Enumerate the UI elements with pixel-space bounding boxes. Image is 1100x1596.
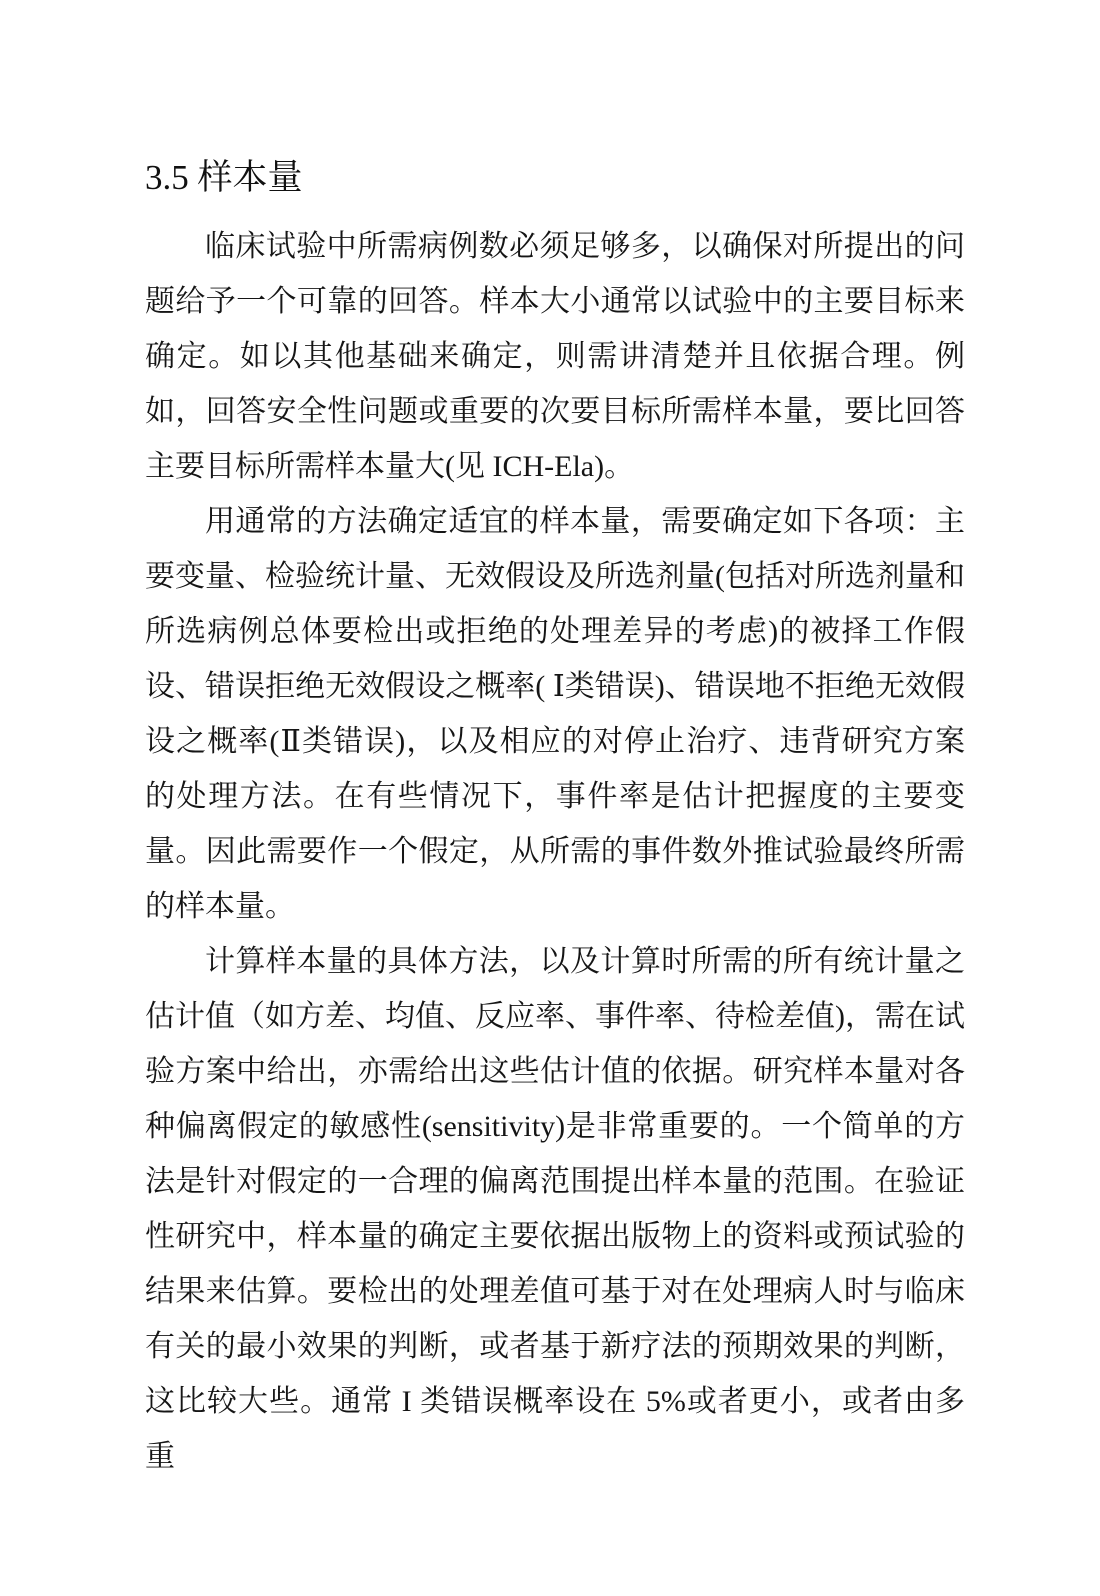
paragraph: 临床试验中所需病例数必须足够多，以确保对所提出的问题给予一个可靠的回答。样本大小… bbox=[145, 219, 965, 494]
page-content: 3.5 样本量 临床试验中所需病例数必须足够多，以确保对所提出的问题给予一个可靠… bbox=[145, 150, 965, 1484]
document-page: 3.5 样本量 临床试验中所需病例数必须足够多，以确保对所提出的问题给予一个可靠… bbox=[0, 0, 1100, 1596]
section-heading: 3.5 样本量 bbox=[145, 150, 965, 205]
paragraph: 用通常的方法确定适宜的样本量，需要确定如下各项：主要变量、检验统计量、无效假设及… bbox=[145, 494, 965, 934]
paragraph: 计算样本量的具体方法，以及计算时所需的所有统计量之估计值（如方差、均值、反应率、… bbox=[145, 934, 965, 1484]
